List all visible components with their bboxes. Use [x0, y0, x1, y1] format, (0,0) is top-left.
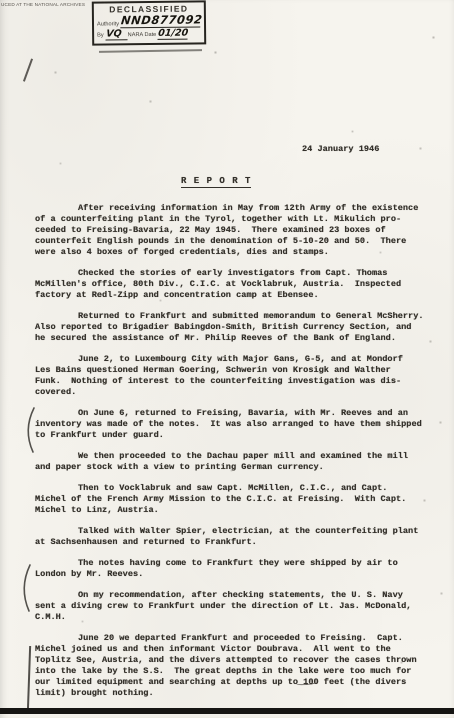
typed-line: Michel of the French Army Mission to the… [35, 494, 435, 505]
typed-line: of a counterfeiting plant in the Tyrol, … [35, 214, 435, 225]
report-body: After receiving information in May from … [35, 203, 435, 709]
typed-line: London by Mr. Reeves. [35, 569, 435, 580]
typed-line: Also reported to Brigadier Babingdon-Smi… [35, 322, 435, 333]
declassified-stamp: DECLASSIFIED Authority NND877092 By VQ N… [92, 0, 206, 45]
typed-line: Michel joined us and then informant Vict… [35, 644, 435, 655]
report-paragraph: Talked with Walter Spier, electrician, a… [35, 526, 435, 548]
report-paragraph: After receiving information in May from … [35, 203, 435, 258]
typed-line: and paper stock with a view to printing … [35, 462, 435, 473]
typed-line: The notes having come to Frankfurt they … [35, 558, 435, 569]
typed-line: our limited equipment and searching at d… [35, 677, 435, 688]
typed-line: at Sachsenhausen and returned to Frankfu… [35, 537, 435, 548]
stamp-nara-row: By VQ NARA Date 01/20 [97, 28, 201, 40]
typed-line: McMillen's office, 80th Div., C.I.C. at … [35, 279, 435, 290]
typed-line: On my recommendation, after checking sta… [35, 590, 435, 601]
typed-line: covered. [35, 387, 435, 398]
scan-noise-speckles [0, 0, 1, 1]
stamp-double-strike-line [99, 49, 202, 52]
typed-line: into the lake by the S.S. The great dept… [35, 666, 435, 677]
stamp-by-value: VQ [105, 29, 128, 40]
stamp-nara-date-label: NARA Date [128, 32, 159, 39]
pen-bracket-mark [18, 563, 32, 613]
typed-line: Talked with Walter Spier, electrician, a… [35, 526, 435, 537]
report-paragraph: Checked the stories of early investigato… [35, 268, 435, 301]
report-paragraph: June 20 we departed Frankfurt and procee… [35, 633, 435, 699]
typed-line: Returned to Frankfurt and submitted memo… [35, 311, 435, 322]
typed-line: he secured the assistance of Mr. Philip … [35, 333, 435, 344]
typed-line: We then proceeded to the Dachau paper mi… [35, 451, 435, 462]
typed-line: Funk. Nothing of interest to the counter… [35, 376, 435, 387]
typed-line: After receiving information in May from … [35, 203, 435, 214]
typed-line: Toplitz See, Austria, and the divers att… [35, 655, 435, 666]
pen-slash-mark [23, 58, 33, 81]
typed-line: factory at Redl-Zipp and concentration c… [35, 290, 435, 301]
report-paragraph: Returned to Frankfurt and submitted memo… [35, 311, 435, 344]
report-paragraph: Then to Vocklabruk and saw Capt. McMille… [35, 483, 435, 516]
typed-line: June 20 we departed Frankfurt and procee… [35, 633, 435, 644]
typed-line: C.M.H. [35, 612, 435, 623]
typed-line: limit) brought nothing. [35, 688, 435, 699]
typed-line: June 2, to Luxembourg City with Major Ga… [35, 354, 435, 365]
typed-line: Checked the stories of early investigato… [35, 268, 435, 279]
typed-line: Then to Vocklabruk and saw Capt. McMille… [35, 483, 435, 494]
stamp-nara-date-value: 01/20 [158, 28, 189, 39]
typed-line: ceeded to Freising-Bavaria, 22 May 1945.… [35, 225, 435, 236]
pen-line-mark [27, 646, 31, 712]
archive-imprint-text: UCED AT THE NATIONAL ARCHIVES [1, 3, 85, 8]
report-paragraph: June 2, to Luxembourg City with Major Ga… [35, 354, 435, 398]
scan-edge-bar [0, 708, 454, 714]
report-paragraph: We then proceeded to the Dachau paper mi… [35, 451, 435, 473]
typed-line: Les Bains questioned Herman Goering, Sch… [35, 365, 435, 376]
typed-line: On June 6, returned to Freising, Bavaria… [35, 408, 435, 419]
typed-line: Michel to Linz, Austria. [35, 505, 435, 516]
typed-line: inventory was made of the notes. It was … [35, 419, 435, 430]
stamp-by-label: By [97, 32, 106, 39]
typed-line: sent a diving crew to Frankfurt under th… [35, 601, 435, 612]
report-paragraph: The notes having come to Frankfurt they … [35, 558, 435, 580]
typed-line: were also 4 boxes of forged credentials,… [35, 247, 435, 258]
pen-bracket-mark [22, 406, 36, 454]
stamp-authority-row: Authority NND877092 [97, 14, 201, 28]
typed-line: to Frankfurt under guard. [35, 430, 435, 441]
report-date: 24 January 1946 [302, 144, 379, 155]
scanned-report-page: UCED AT THE NATIONAL ARCHIVES DECLASSIFI… [0, 0, 454, 718]
stamp-authority-label: Authority [97, 21, 121, 28]
typed-line: counterfeit English pounds in the denomi… [35, 236, 435, 247]
report-title: R E P O R T [181, 176, 251, 188]
stamp-authority-value: NND877092 [120, 14, 201, 27]
report-paragraph: On my recommendation, after checking sta… [35, 590, 435, 623]
report-paragraph: On June 6, returned to Freising, Bavaria… [35, 408, 435, 441]
